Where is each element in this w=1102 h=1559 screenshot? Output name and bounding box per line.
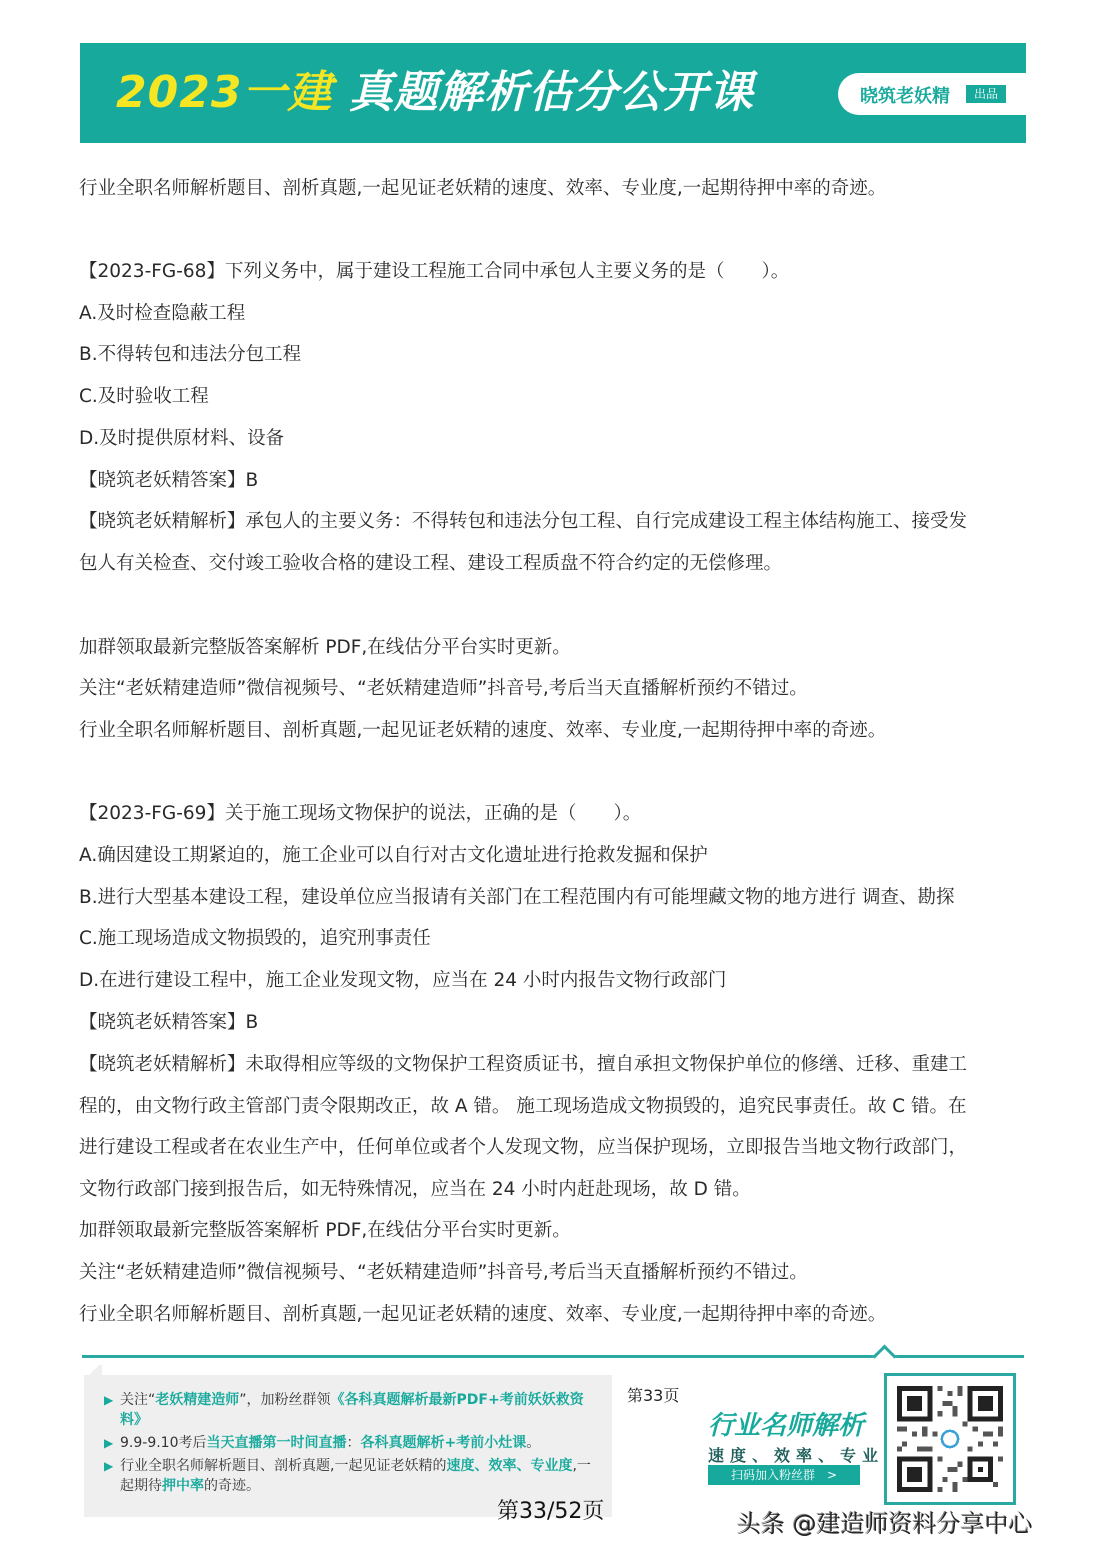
promo-line-pdf: 加群领取最新完整版答案解析 PDF,在线估分平台实时更新。: [79, 636, 571, 660]
text: 9.9-9.10考后: [120, 1435, 207, 1451]
page-number: 第33/52页: [497, 1494, 604, 1525]
option-d: D.及时提供原材料、设备: [79, 427, 284, 451]
banner-title-year: 2023一建: [116, 67, 332, 118]
qr-code[interactable]: [884, 1373, 1016, 1505]
analysis-line: 文物行政部门接到报告后，如无特殊情况，应当在 24 小时内赶赴现场，故 D 错。: [79, 1178, 751, 1202]
footer-promo-list: ▶ 关注“老妖精建造师”，加粉丝群领《各科真题解析最新PDF+考前妖妖救资料》 …: [104, 1390, 604, 1499]
text: 关注“: [120, 1392, 155, 1408]
highlight-text: 押中率: [162, 1478, 204, 1494]
banner-title-rest: 真题解析估分公开课: [332, 67, 753, 118]
text: ：: [347, 1435, 361, 1451]
option-d: D.在进行建设工程中，施工企业发现文物，应当在 24 小时内报告文物行政部门: [79, 969, 726, 993]
option-c: C.施工现场造成文物损毁的，追究刑事责任: [79, 927, 431, 951]
triangle-bullet-icon: ▶: [104, 1456, 113, 1476]
analysis-line: 程的，由文物行政主管部门责令限期改正，故 A 错。 施工现场造成文物损毁的，追究…: [79, 1095, 966, 1119]
promo-line-follow: 关注“老妖精建造师”微信视频号、“老妖精建造师”抖音号,考后当天直播解析预约不错…: [79, 1261, 808, 1285]
highlight-text: 各科真题解析+考前小灶课: [361, 1435, 527, 1451]
promo-line-pdf: 加群领取最新完整版答案解析 PDF,在线估分平台实时更新。: [79, 1219, 571, 1243]
answer-label: 【晓筑老妖精答案】B: [79, 469, 258, 493]
question-stem: 【2023-FG-69】关于施工现场文物保护的说法，正确的是（ ）。: [79, 802, 641, 826]
footer-promo-item: ▶ 关注“老妖精建造师”，加粉丝群领《各科真题解析最新PDF+考前妖妖救资料》: [104, 1390, 604, 1430]
option-a: A.确因建设工期紧迫的，施工企业可以自行对古文化遗址进行抢救发掘和保护: [79, 844, 708, 868]
banner-title: 2023一建 真题解析估分公开课: [116, 65, 754, 121]
text: 的奇迹。: [204, 1478, 260, 1494]
qr-code-icon: [897, 1386, 1003, 1492]
watermark: 头条 @建造师资料分享中心: [737, 1504, 1033, 1539]
highlight-text: 当天直播第一时间直播: [207, 1435, 347, 1451]
answer-label: 【晓筑老妖精答案】B: [79, 1011, 258, 1035]
footer-promo-item: ▶ 9.9-9.10考后当天直播第一时间直播：各科真题解析+考前小灶课。: [104, 1433, 604, 1453]
analysis-line: 进行建设工程或者在农业生产中，任何单位或者个人发现文物，应当保护现场，立即报告当…: [79, 1136, 967, 1160]
highlight-text: 速度、效率、专业度: [446, 1458, 572, 1474]
footer-slogan: 行业名师解析: [708, 1405, 864, 1442]
analysis-line: 包人有关检查、交付竣工验收合格的建设工程、建设工程质盘不符合约定的无偿修理。: [79, 552, 782, 576]
triangle-bullet-icon: ▶: [104, 1433, 113, 1453]
text: 行业全职名师解析题目、剖析真题,一起见证老妖精的: [120, 1458, 446, 1474]
header-banner: 2023一建 真题解析估分公开课 晓筑老妖精 出品: [80, 43, 1026, 143]
footer-divider-notch: [872, 1344, 896, 1368]
analysis-line: 【晓筑老妖精解析】承包人的主要义务：不得转包和违法分包工程、自行完成建设工程主体…: [79, 510, 967, 534]
analysis-line: 【晓筑老妖精解析】未取得相应等级的文物保护工程资质证书，擅自承担文物保护单位的修…: [79, 1053, 967, 1077]
highlight-text: 老妖精建造师: [155, 1392, 239, 1408]
option-a: A.及时检查隐蔽工程: [79, 302, 245, 326]
intro-text: 行业全职名师解析题目、剖析真题,一起见证老妖精的速度、效率、专业度,一起期待押中…: [79, 177, 886, 201]
promo-line-slogan: 行业全职名师解析题目、剖析真题,一起见证老妖精的速度、效率、专业度,一起期待押中…: [79, 1303, 886, 1327]
promo-line-slogan: 行业全职名师解析题目、剖析真题,一起见证老妖精的速度、效率、专业度,一起期待押中…: [79, 719, 886, 743]
option-b: B.不得转包和违法分包工程: [79, 343, 301, 367]
brand-badge: 晓筑老妖精 出品: [838, 73, 1026, 115]
text: ”，加粉丝群领: [239, 1392, 330, 1408]
promo-line-follow: 关注“老妖精建造师”微信视频号、“老妖精建造师”抖音号,考后当天直播解析预约不错…: [79, 677, 808, 701]
brand-tag: 出品: [966, 85, 1006, 103]
footer-promo-item: ▶ 行业全职名师解析题目、剖析真题,一起见证老妖精的速度、效率、专业度,一起期待…: [104, 1456, 604, 1496]
option-b: B.进行大型基本建设工程，建设单位应当报请有关部门在工程范围内有可能埋藏文物的地…: [79, 886, 954, 910]
question-stem: 【2023-FG-68】下列义务中，属于建设工程施工合同中承包人主要义务的是（ …: [79, 260, 789, 284]
scan-join-button[interactable]: 扫码加入粉丝群 >: [708, 1465, 860, 1485]
option-c: C.及时验收工程: [79, 385, 209, 409]
text: 。: [526, 1435, 540, 1451]
brand-name: 晓筑老妖精: [860, 82, 950, 108]
footer-slogan-sub: 速度、效率、专业: [708, 1443, 884, 1466]
page-number-small: 第33页: [627, 1383, 679, 1406]
triangle-bullet-icon: ▶: [104, 1390, 113, 1410]
